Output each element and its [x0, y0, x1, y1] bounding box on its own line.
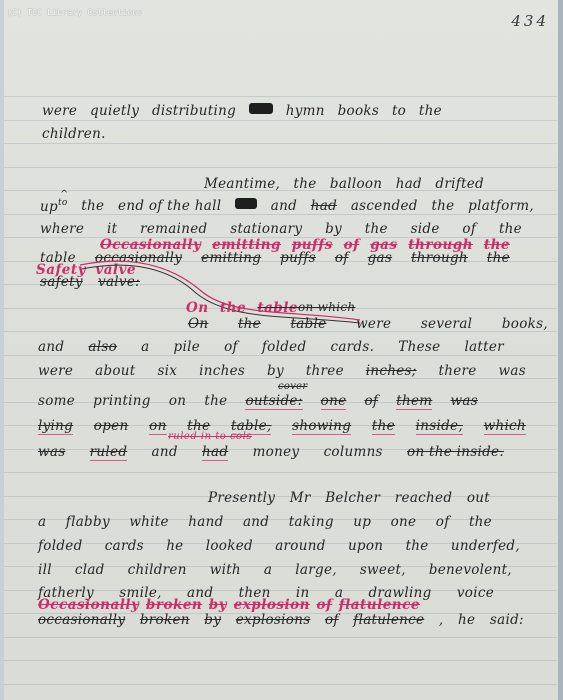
word: were	[42, 103, 77, 119]
struck-word: explosions	[236, 612, 311, 628]
word: ,	[439, 612, 444, 628]
word: a	[38, 514, 46, 530]
struck-word: one	[321, 393, 347, 410]
word: there	[439, 363, 477, 379]
text-line-14: Presently Mr Belcher reached out	[208, 490, 490, 506]
ruled-line	[4, 472, 557, 473]
struck-word: occasionally	[38, 612, 125, 628]
word: distributing	[152, 103, 236, 119]
text-line-10: were about six inches by three inches; t…	[38, 363, 526, 379]
word: was	[499, 363, 526, 379]
page-number: 434	[511, 12, 549, 30]
word: of	[436, 514, 450, 530]
word: sweet,	[360, 562, 406, 578]
struck-word: on	[149, 418, 166, 435]
word: and	[152, 444, 178, 461]
word: the	[81, 198, 104, 215]
text-line-15: a flabby white hand and taking up one of…	[38, 514, 492, 530]
ruled-line	[4, 167, 557, 168]
struck-word: through	[411, 250, 468, 266]
struck-word: had	[202, 444, 228, 461]
struck-word: inches;	[366, 363, 417, 379]
word: Belcher	[325, 490, 380, 506]
ruled-line	[4, 96, 557, 97]
word: large,	[295, 562, 337, 578]
word: benevolent,	[429, 562, 512, 578]
ink-blot	[235, 198, 257, 209]
word: out	[467, 490, 490, 506]
ruled-line	[4, 684, 557, 685]
word: columns	[324, 444, 383, 461]
word: the	[499, 221, 522, 237]
word: balloon	[330, 176, 382, 192]
word: end of the hall	[118, 198, 221, 215]
word: the	[419, 103, 442, 119]
word: some	[38, 393, 75, 410]
word: and	[38, 339, 64, 355]
word: where	[40, 221, 84, 237]
word: drifted	[435, 176, 484, 192]
struck-word: had	[311, 198, 337, 215]
struck-word: the	[238, 316, 261, 332]
word: folded	[262, 339, 307, 355]
word: books	[338, 103, 380, 119]
ruled-line	[4, 143, 557, 144]
word: and	[271, 198, 297, 215]
correction-line-8: On the table	[186, 300, 298, 316]
word: by	[267, 363, 284, 379]
word: platform,	[468, 198, 534, 215]
word: had	[396, 176, 422, 192]
word: upon	[348, 538, 383, 554]
text-line-16: folded cards he looked around upon the u…	[38, 538, 520, 554]
word: several	[421, 316, 472, 332]
word: children	[128, 562, 187, 578]
correction-word: flatulence	[339, 597, 420, 613]
correction-word: by	[209, 597, 227, 613]
struck-word: on the inside.	[407, 444, 504, 461]
word: flabby	[66, 514, 110, 530]
text-line-9: and also a pile of folded cards. These l…	[38, 339, 504, 355]
word: the	[204, 393, 227, 410]
ink-blot	[249, 103, 273, 114]
struck-word: was	[451, 393, 478, 410]
ruled-line	[4, 637, 557, 638]
struck-word: inside,	[416, 418, 463, 435]
word: upto	[40, 198, 68, 215]
text-line-12: lying open on the table, showing the ins…	[38, 418, 526, 435]
inserted-correction: ruled in to cols	[168, 431, 252, 442]
correction-word: Occasionally	[38, 597, 139, 613]
copyright-watermark: (C) TUC Library Collections	[7, 8, 142, 17]
word: remained	[140, 221, 207, 237]
word: of	[462, 221, 476, 237]
word: were	[356, 316, 391, 332]
word: he	[166, 538, 183, 554]
word: These	[398, 339, 440, 355]
struck-word: by	[204, 612, 221, 628]
word: cards	[105, 538, 144, 554]
struck-word: broken	[140, 612, 190, 628]
word: ascended	[351, 198, 418, 215]
struck-word: also	[88, 339, 117, 355]
text-line-19: occasionally broken by explosions of fla…	[38, 612, 524, 628]
ruled-line	[4, 355, 557, 356]
word: children.	[42, 126, 106, 142]
text-line-17: ill clad children with a large, sweet, b…	[38, 562, 512, 578]
word: a	[264, 562, 272, 578]
text-line-1: were quietly distributing hymn books to …	[42, 103, 442, 119]
word: books,	[502, 316, 548, 332]
struck-word: the	[487, 250, 510, 266]
word: side	[411, 221, 440, 237]
struck-word: was	[38, 444, 65, 461]
word: reached	[395, 490, 452, 506]
struck-word: the	[372, 418, 395, 435]
correction-line-19: Occasionally broken by explosion of flat…	[38, 597, 420, 613]
page-edge-right	[558, 0, 563, 700]
text-line-11: some printing on the outside: one of the…	[38, 393, 478, 410]
word: said:	[490, 612, 524, 628]
text-line-4: upto the end of the hall and had ascende…	[40, 198, 534, 215]
word: one	[391, 514, 417, 530]
word: the	[365, 221, 388, 237]
word: quietly	[90, 103, 139, 119]
word: up	[353, 514, 371, 530]
word: six	[157, 363, 177, 379]
word: hand	[188, 514, 223, 530]
word: taking	[289, 514, 334, 530]
word: underfed,	[451, 538, 520, 554]
inserted-word: cover	[278, 381, 307, 392]
text-line-3: Meantime, the balloon had drifted	[204, 176, 484, 192]
ruled-line	[4, 120, 557, 121]
correction-word: On	[186, 300, 209, 316]
word: printing	[93, 393, 151, 410]
word: on	[169, 393, 186, 410]
word: to	[392, 103, 406, 119]
word: three	[306, 363, 344, 379]
struck-word: flatulence	[353, 612, 424, 628]
struck-word: lying	[38, 418, 73, 435]
correction-word: the	[220, 300, 246, 316]
struck-word: which	[484, 418, 526, 435]
struck-word: ruled	[90, 444, 128, 461]
word: folded	[38, 538, 83, 554]
word: the	[294, 176, 317, 192]
word: and	[243, 514, 269, 530]
word: Meantime,	[204, 176, 280, 192]
page-edge-left	[0, 0, 4, 700]
word: a	[141, 339, 149, 355]
word: pile	[174, 339, 200, 355]
word: Presently	[208, 490, 275, 506]
word: the	[431, 198, 454, 215]
word: latter	[464, 339, 503, 355]
text-line-2: children.	[42, 126, 106, 142]
word: cards.	[330, 339, 374, 355]
struck-word: on which	[298, 300, 355, 314]
struck-word: of	[325, 612, 339, 628]
correction-word: table	[257, 300, 298, 316]
ruled-line	[4, 660, 557, 661]
struck-word: table	[291, 316, 327, 332]
word: he	[458, 612, 475, 628]
word: inches	[199, 363, 245, 379]
word: clad	[75, 562, 105, 578]
word: the	[469, 514, 492, 530]
word: voice	[457, 585, 494, 601]
word: the	[406, 538, 429, 554]
correction-word: explosion	[234, 597, 310, 613]
word: stationary	[230, 221, 302, 237]
struck-word: of	[364, 393, 378, 410]
struck-word: On	[188, 316, 208, 332]
word: hymn	[286, 103, 325, 119]
word: of	[224, 339, 238, 355]
correction-word: of	[316, 597, 332, 613]
word: looked	[206, 538, 253, 554]
word: money	[253, 444, 300, 461]
word: by	[325, 221, 342, 237]
struck-word: outside:	[245, 393, 302, 410]
text-line-8: On the table were several books,	[188, 316, 548, 332]
word: Mr	[290, 490, 311, 506]
word: around	[275, 538, 325, 554]
word: white	[129, 514, 168, 530]
text-line-5: where it remained stationary by the side…	[40, 221, 522, 237]
word: were	[38, 363, 73, 379]
struck-word: showing	[292, 418, 351, 435]
word: it	[107, 221, 117, 237]
manuscript-page: (C) TUC Library Collections 434 were qui…	[0, 0, 563, 700]
struck-word: them	[396, 393, 432, 410]
struck-word: open	[94, 418, 129, 435]
word: ill	[38, 562, 52, 578]
struck-word: gas	[368, 250, 393, 266]
word: about	[95, 363, 135, 379]
text-line-13: was ruled and had money columns on the i…	[38, 444, 504, 461]
word: with	[210, 562, 241, 578]
correction-word: broken	[146, 597, 202, 613]
